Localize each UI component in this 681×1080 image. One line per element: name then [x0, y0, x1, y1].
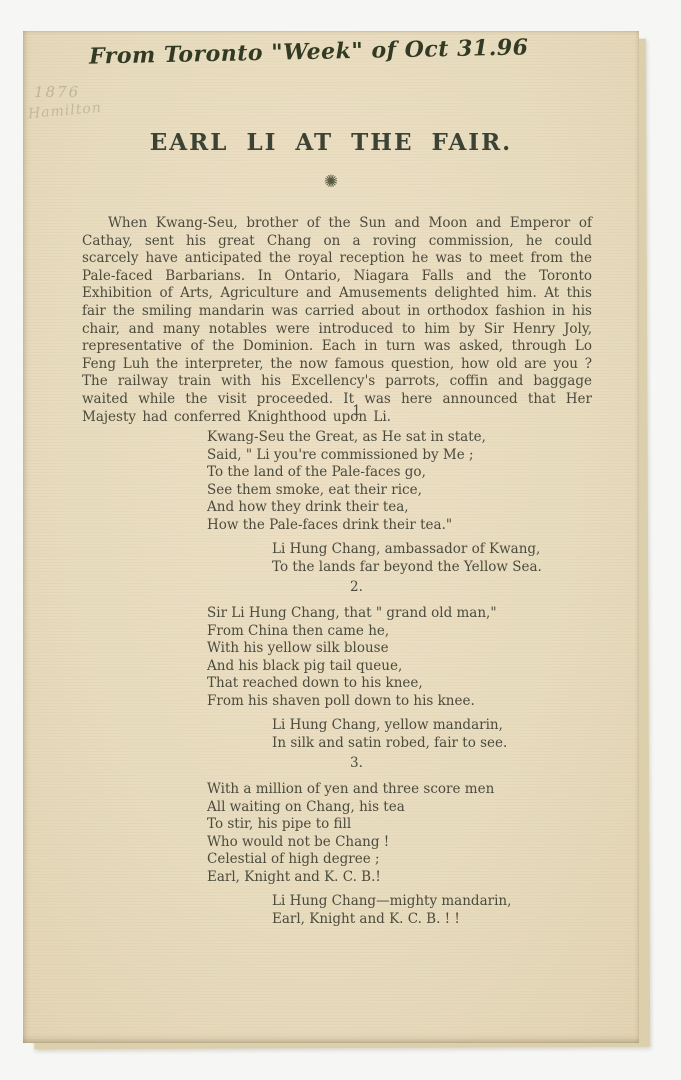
verse-line: Said, " Li you're commissioned by Me ;	[207, 447, 507, 465]
verse-line: With his yellow silk blouse	[207, 640, 507, 658]
stanza-number: 3.	[189, 755, 524, 772]
verse-line: Kwang-Seu the Great, as He sat in state,	[207, 429, 507, 447]
stanza-2: 2. Sir Li Hung Chang, that " grand old m…	[207, 579, 507, 752]
stanza-3: 3. With a million of yen and three score…	[207, 755, 507, 928]
pencil-annotation-name: Hamilton	[27, 100, 102, 122]
sunburst-ornament-icon: ✺	[23, 172, 639, 192]
verse-line: Who would not be Chang !	[207, 834, 507, 852]
page-title: EARL LI AT THE FAIR.	[23, 129, 639, 156]
verse-line: Celestial of high degree ;	[207, 851, 507, 869]
refrain-line: Li Hung Chang—mighty mandarin,	[272, 893, 507, 911]
verse-line: And his black pig tail queue,	[207, 658, 507, 676]
refrain-line: Li Hung Chang, yellow mandarin,	[272, 717, 507, 735]
refrain: Li Hung Chang—mighty mandarin, Earl, Kni…	[272, 893, 507, 928]
verse-line: Earl, Knight and K. C. B.!	[207, 869, 507, 887]
verse-line: From his shaven poll down to his knee.	[207, 693, 507, 711]
refrain-line: To the lands far beyond the Yellow Sea.	[272, 559, 507, 577]
refrain-line: Earl, Knight and K. C. B. ! !	[272, 911, 507, 929]
verse-line: To the land of the Pale-faces go,	[207, 464, 507, 482]
scanner-background: From Toronto "Week" of Oct 31.96 1876 Ha…	[0, 0, 681, 1080]
stanza-number: 2.	[189, 579, 524, 596]
verse-line: And how they drink their tea,	[207, 499, 507, 517]
stanza-1: 1 Kwang-Seu the Great, as He sat in stat…	[207, 403, 507, 576]
refrain-line: Li Hung Chang, ambassador of Kwang,	[272, 541, 507, 559]
verse-line: That reached down to his knee,	[207, 675, 507, 693]
pencil-annotation-year: 1876	[34, 83, 80, 101]
intro-paragraph: When Kwang-Seu, brother of the Sun and M…	[82, 215, 592, 426]
refrain-line: In silk and satin robed, fair to see.	[272, 735, 507, 753]
verse-line: Sir Li Hung Chang, that " grand old man,…	[207, 605, 507, 623]
document-page: From Toronto "Week" of Oct 31.96 1876 Ha…	[23, 31, 639, 1043]
verse-line: To stir, his pipe to fill	[207, 816, 507, 834]
verse-line: From China then came he,	[207, 623, 507, 641]
verse-line: All waiting on Chang, his tea	[207, 799, 507, 817]
refrain: Li Hung Chang, ambassador of Kwang, To t…	[272, 541, 507, 576]
verse-line: See them smoke, eat their rice,	[207, 482, 507, 500]
verse-line: With a million of yen and three score me…	[207, 781, 507, 799]
verse-line: How the Pale-faces drink their tea."	[207, 517, 507, 535]
handwritten-annotation: From Toronto "Week" of Oct 31.96	[89, 34, 529, 69]
refrain: Li Hung Chang, yellow mandarin, In silk …	[272, 717, 507, 752]
stanza-number: 1	[189, 403, 524, 420]
